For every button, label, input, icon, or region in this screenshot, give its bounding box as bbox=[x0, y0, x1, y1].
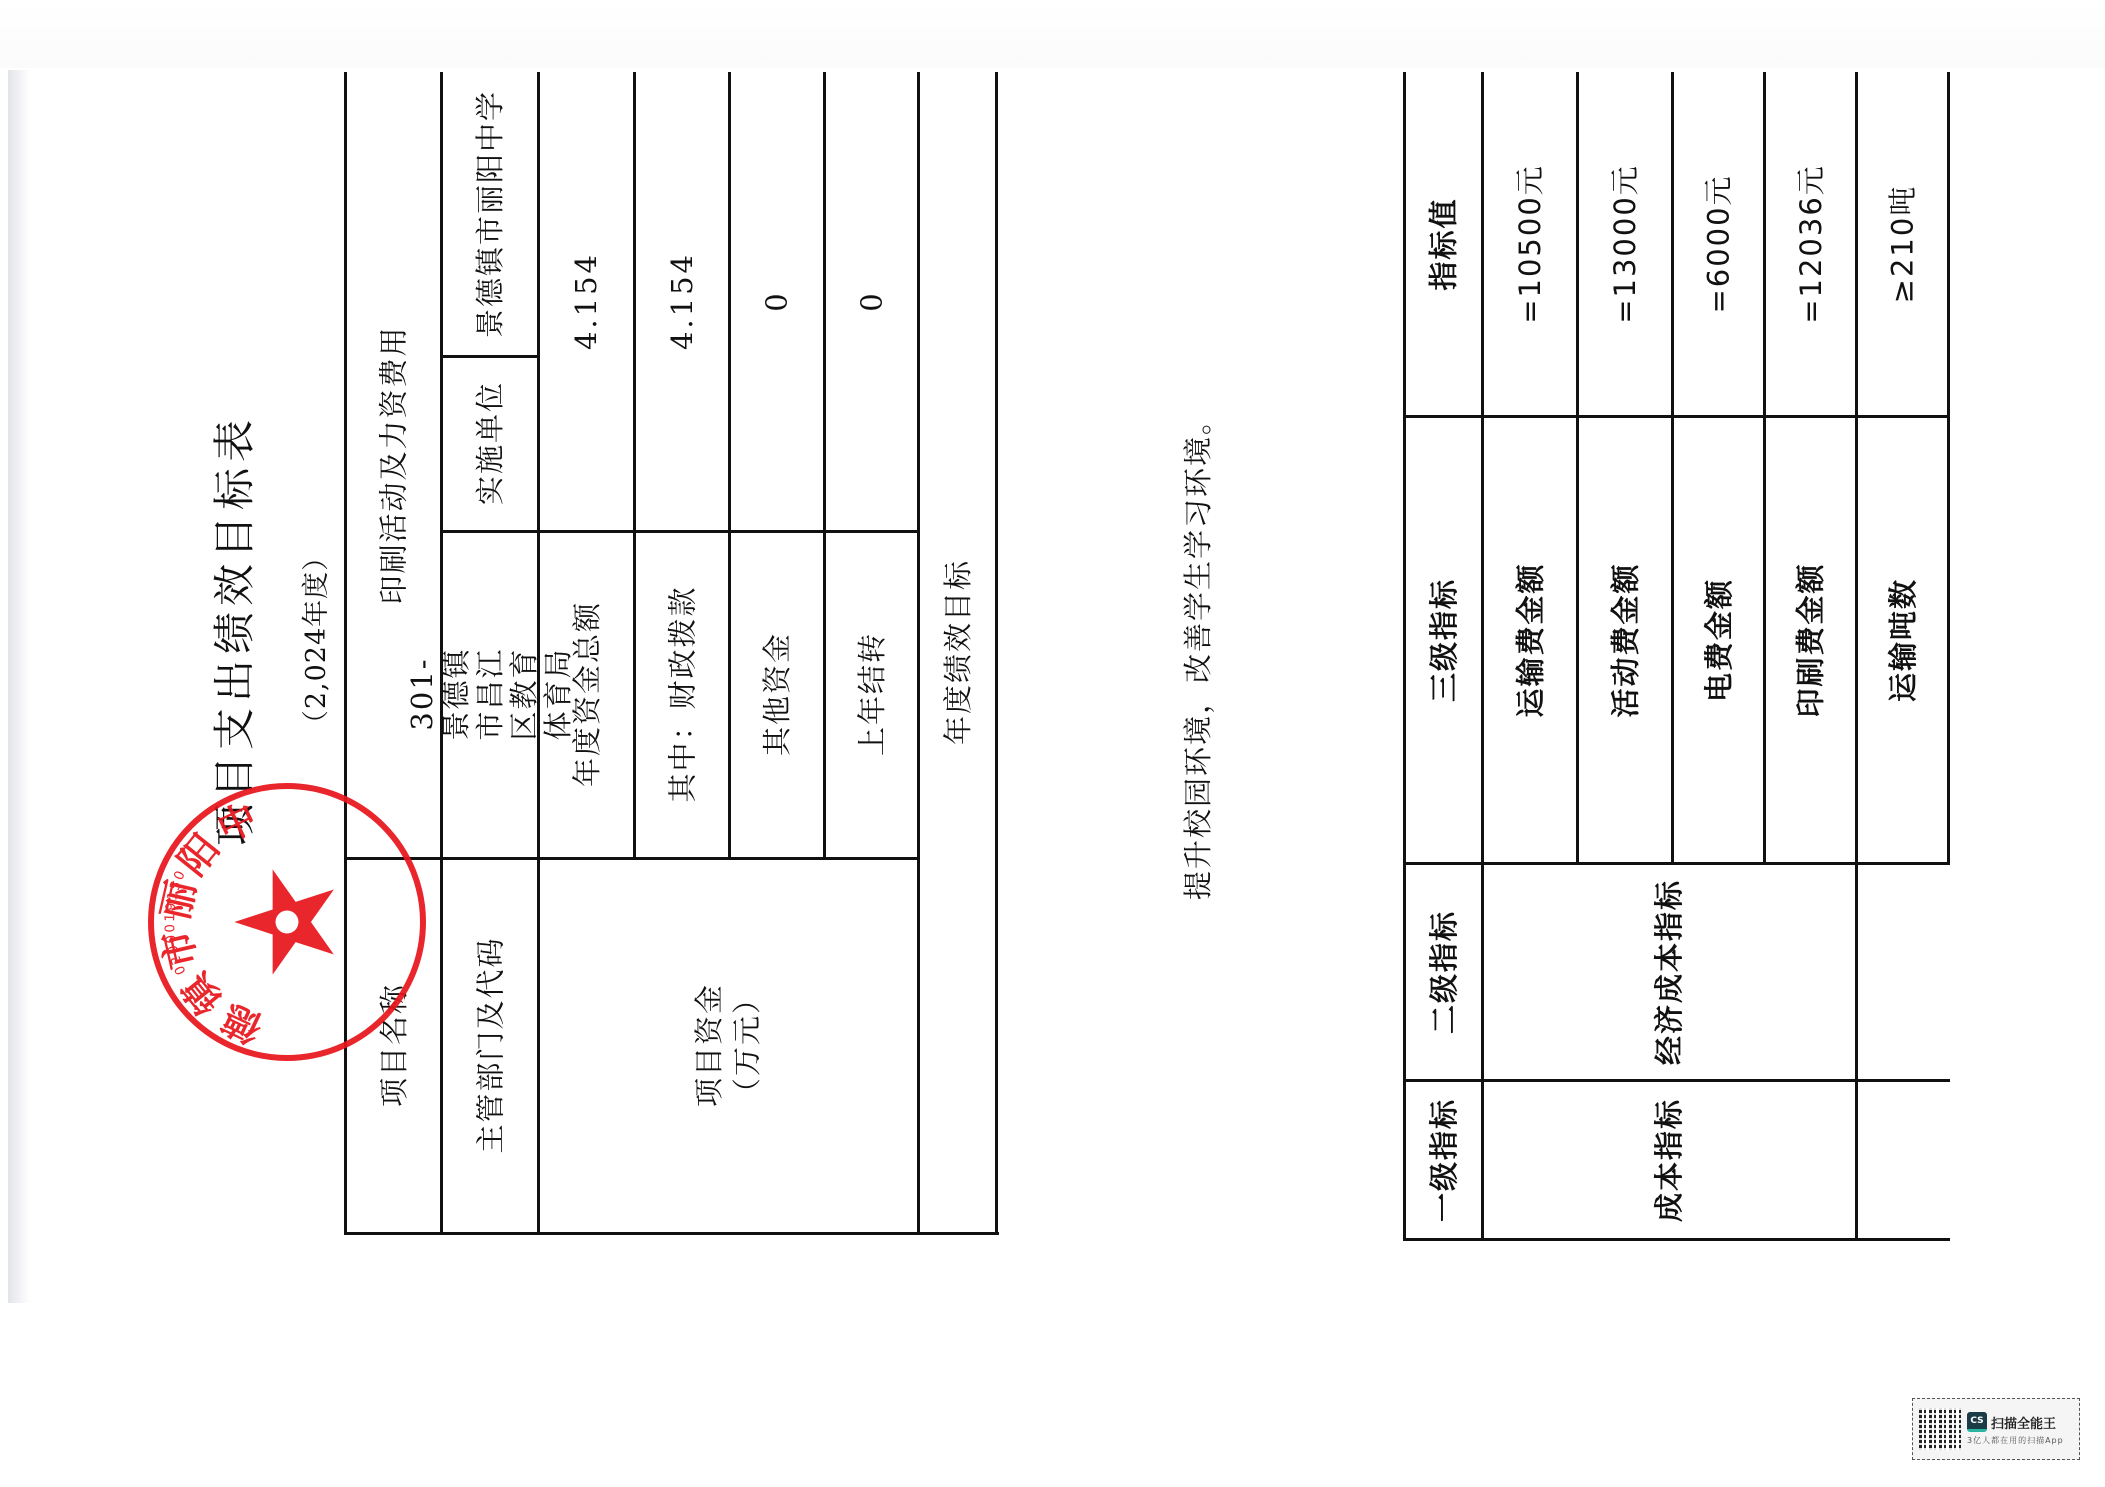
level1-value: 成本指标 bbox=[1651, 1097, 1687, 1221]
indicator-value: =6000元 bbox=[1701, 174, 1737, 313]
funding-row-label-cell: 其他资金 bbox=[731, 530, 823, 857]
level2-value: 经济成本指标 bbox=[1651, 878, 1687, 1064]
indicator-value: =12036元 bbox=[1793, 164, 1829, 324]
implementing-unit-value: 景德镇市丽阳中学 bbox=[472, 89, 508, 337]
seal-graphic: 景德镇市丽阳中学 0200019150 bbox=[154, 789, 420, 1055]
indicator-level3-cell: 运输吨数 bbox=[1858, 417, 1947, 862]
funding-row-label-cell: 年度资金总额 bbox=[540, 530, 633, 857]
annual-goal-label-cell: 年度绩效目标 bbox=[920, 72, 995, 1232]
annual-goal-label: 年度绩效目标 bbox=[940, 559, 976, 745]
level1-value-cell: 成本指标 bbox=[1484, 1081, 1855, 1238]
department-label-cell: 主管部门及代码 bbox=[443, 857, 537, 1232]
header-level1: 一级指标 bbox=[1426, 1097, 1462, 1221]
scan-edge-shadow bbox=[8, 70, 30, 1303]
funding-row-value-cell: 4.154 bbox=[636, 72, 728, 530]
funding-row-value: 4.154 bbox=[664, 252, 700, 350]
funding-row-label: 其中：财政拨款 bbox=[664, 585, 700, 802]
indicator-level3-cell: 运输费金额 bbox=[1484, 417, 1576, 862]
official-seal: 景德镇市丽阳中学 0200019150 bbox=[148, 783, 426, 1061]
grid-line bbox=[1403, 1238, 1950, 1241]
header-level3: 三级指标 bbox=[1426, 577, 1462, 701]
document-title-cell: 项目支出绩效目标表 bbox=[205, 420, 265, 840]
funding-row-label-cell: 其中：财政拨款 bbox=[636, 530, 728, 857]
indicator-level3: 电费金额 bbox=[1701, 577, 1737, 701]
header-level2-cell: 二级指标 bbox=[1406, 864, 1481, 1079]
document-title: 项目支出绩效目标表 bbox=[217, 414, 253, 846]
department-label: 主管部门及代码 bbox=[472, 936, 508, 1153]
funding-section-label-cell: 项目资金 （万元） bbox=[540, 857, 917, 1232]
header-value-cell: 指标值 bbox=[1406, 72, 1481, 415]
funding-section-label: 项目资金 （万元） bbox=[690, 982, 766, 1106]
indicator-value-cell: =12036元 bbox=[1766, 72, 1855, 415]
implementing-unit-label: 实施单位 bbox=[472, 380, 508, 504]
indicator-value-cell: ≥210吨 bbox=[1858, 72, 1947, 415]
indicator-level3: 印刷费金额 bbox=[1793, 562, 1829, 717]
funding-row-label: 其他资金 bbox=[759, 631, 795, 755]
indicator-level3: 活动费金额 bbox=[1607, 562, 1643, 717]
implementing-unit-value-cell: 景德镇市丽阳中学 bbox=[443, 72, 537, 355]
indicator-value-cell: =6000元 bbox=[1674, 72, 1763, 415]
camscanner-watermark: CS 扫描全能王 3亿人都在用的扫描App bbox=[1912, 1398, 2080, 1460]
project-name-value: 印刷活动及力资费用 bbox=[376, 325, 412, 604]
funding-row-label: 年度资金总额 bbox=[569, 600, 605, 786]
header-level2: 二级指标 bbox=[1426, 909, 1462, 1033]
funding-row-label: 上年结转 bbox=[854, 631, 890, 755]
funding-row-value-cell: 0 bbox=[826, 72, 917, 530]
indicator-level3-cell: 电费金额 bbox=[1674, 417, 1763, 862]
qr-code-icon bbox=[1919, 1408, 1961, 1450]
department-value-cell: 301-景德镇市昌江区教育体育局 bbox=[443, 530, 537, 857]
funding-row-value: 4.154 bbox=[569, 252, 605, 350]
header-level1-cell: 一级指标 bbox=[1406, 1081, 1481, 1238]
indicator-value: =13000元 bbox=[1607, 164, 1643, 324]
scan-top-margin bbox=[0, 0, 2105, 68]
funding-row-value: 0 bbox=[853, 290, 889, 311]
header-level3-cell: 三级指标 bbox=[1406, 417, 1481, 862]
document-subtitle-cell: （2,024年度） bbox=[295, 540, 339, 740]
grid-line bbox=[344, 1232, 999, 1235]
funding-label-line1: 项目资金 bbox=[690, 982, 728, 1106]
implementing-unit-label-cell: 实施单位 bbox=[443, 355, 537, 530]
camscanner-app-name: 扫描全能王 bbox=[1991, 1413, 2056, 1432]
camscanner-logo-icon: CS bbox=[1967, 1412, 1987, 1432]
funding-row-label-cell: 上年结转 bbox=[826, 530, 917, 857]
funding-row-value: 0 bbox=[759, 290, 795, 311]
indicator-value-cell: =13000元 bbox=[1579, 72, 1671, 415]
grid-line bbox=[1947, 72, 1950, 862]
level2-value-cell: 经济成本指标 bbox=[1484, 864, 1855, 1079]
indicator-value: ≥210吨 bbox=[1885, 184, 1921, 303]
indicator-level3-cell: 活动费金额 bbox=[1579, 417, 1671, 862]
funding-row-value-cell: 4.154 bbox=[540, 72, 633, 530]
camscanner-tagline: 3亿人都在用的扫描App bbox=[1967, 1435, 2064, 1446]
indicator-level3-cell: 印刷费金额 bbox=[1766, 417, 1855, 862]
annual-goal-text-cell: 提升校园环境，改善学生学习环境。 bbox=[998, 72, 1398, 1232]
indicator-value: =10500元 bbox=[1512, 164, 1548, 324]
annual-goal-text: 提升校园环境，改善学生学习环境。 bbox=[1180, 404, 1216, 900]
camscanner-brand: CS 扫描全能王 3亿人都在用的扫描App bbox=[1967, 1412, 2064, 1446]
indicator-level3: 运输吨数 bbox=[1885, 577, 1921, 701]
indicator-value-cell: =10500元 bbox=[1484, 72, 1576, 415]
indicator-level3: 运输费金额 bbox=[1512, 562, 1548, 717]
funding-row-value-cell: 0 bbox=[731, 72, 823, 530]
document-subtitle: （2,024年度） bbox=[299, 543, 335, 737]
funding-label-line2: （万元） bbox=[728, 982, 766, 1106]
header-value: 指标值 bbox=[1426, 197, 1462, 290]
